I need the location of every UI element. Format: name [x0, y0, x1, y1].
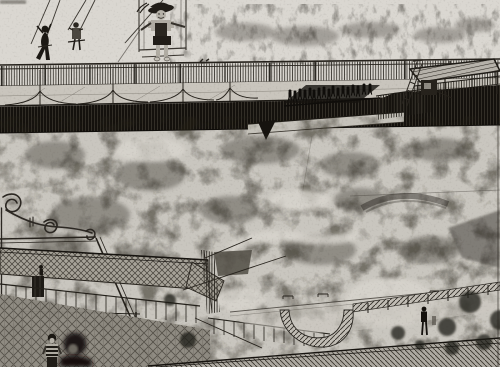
etching-artwork [0, 0, 500, 367]
etching-grain-overlay [0, 0, 500, 367]
etching-canvas [0, 0, 500, 367]
